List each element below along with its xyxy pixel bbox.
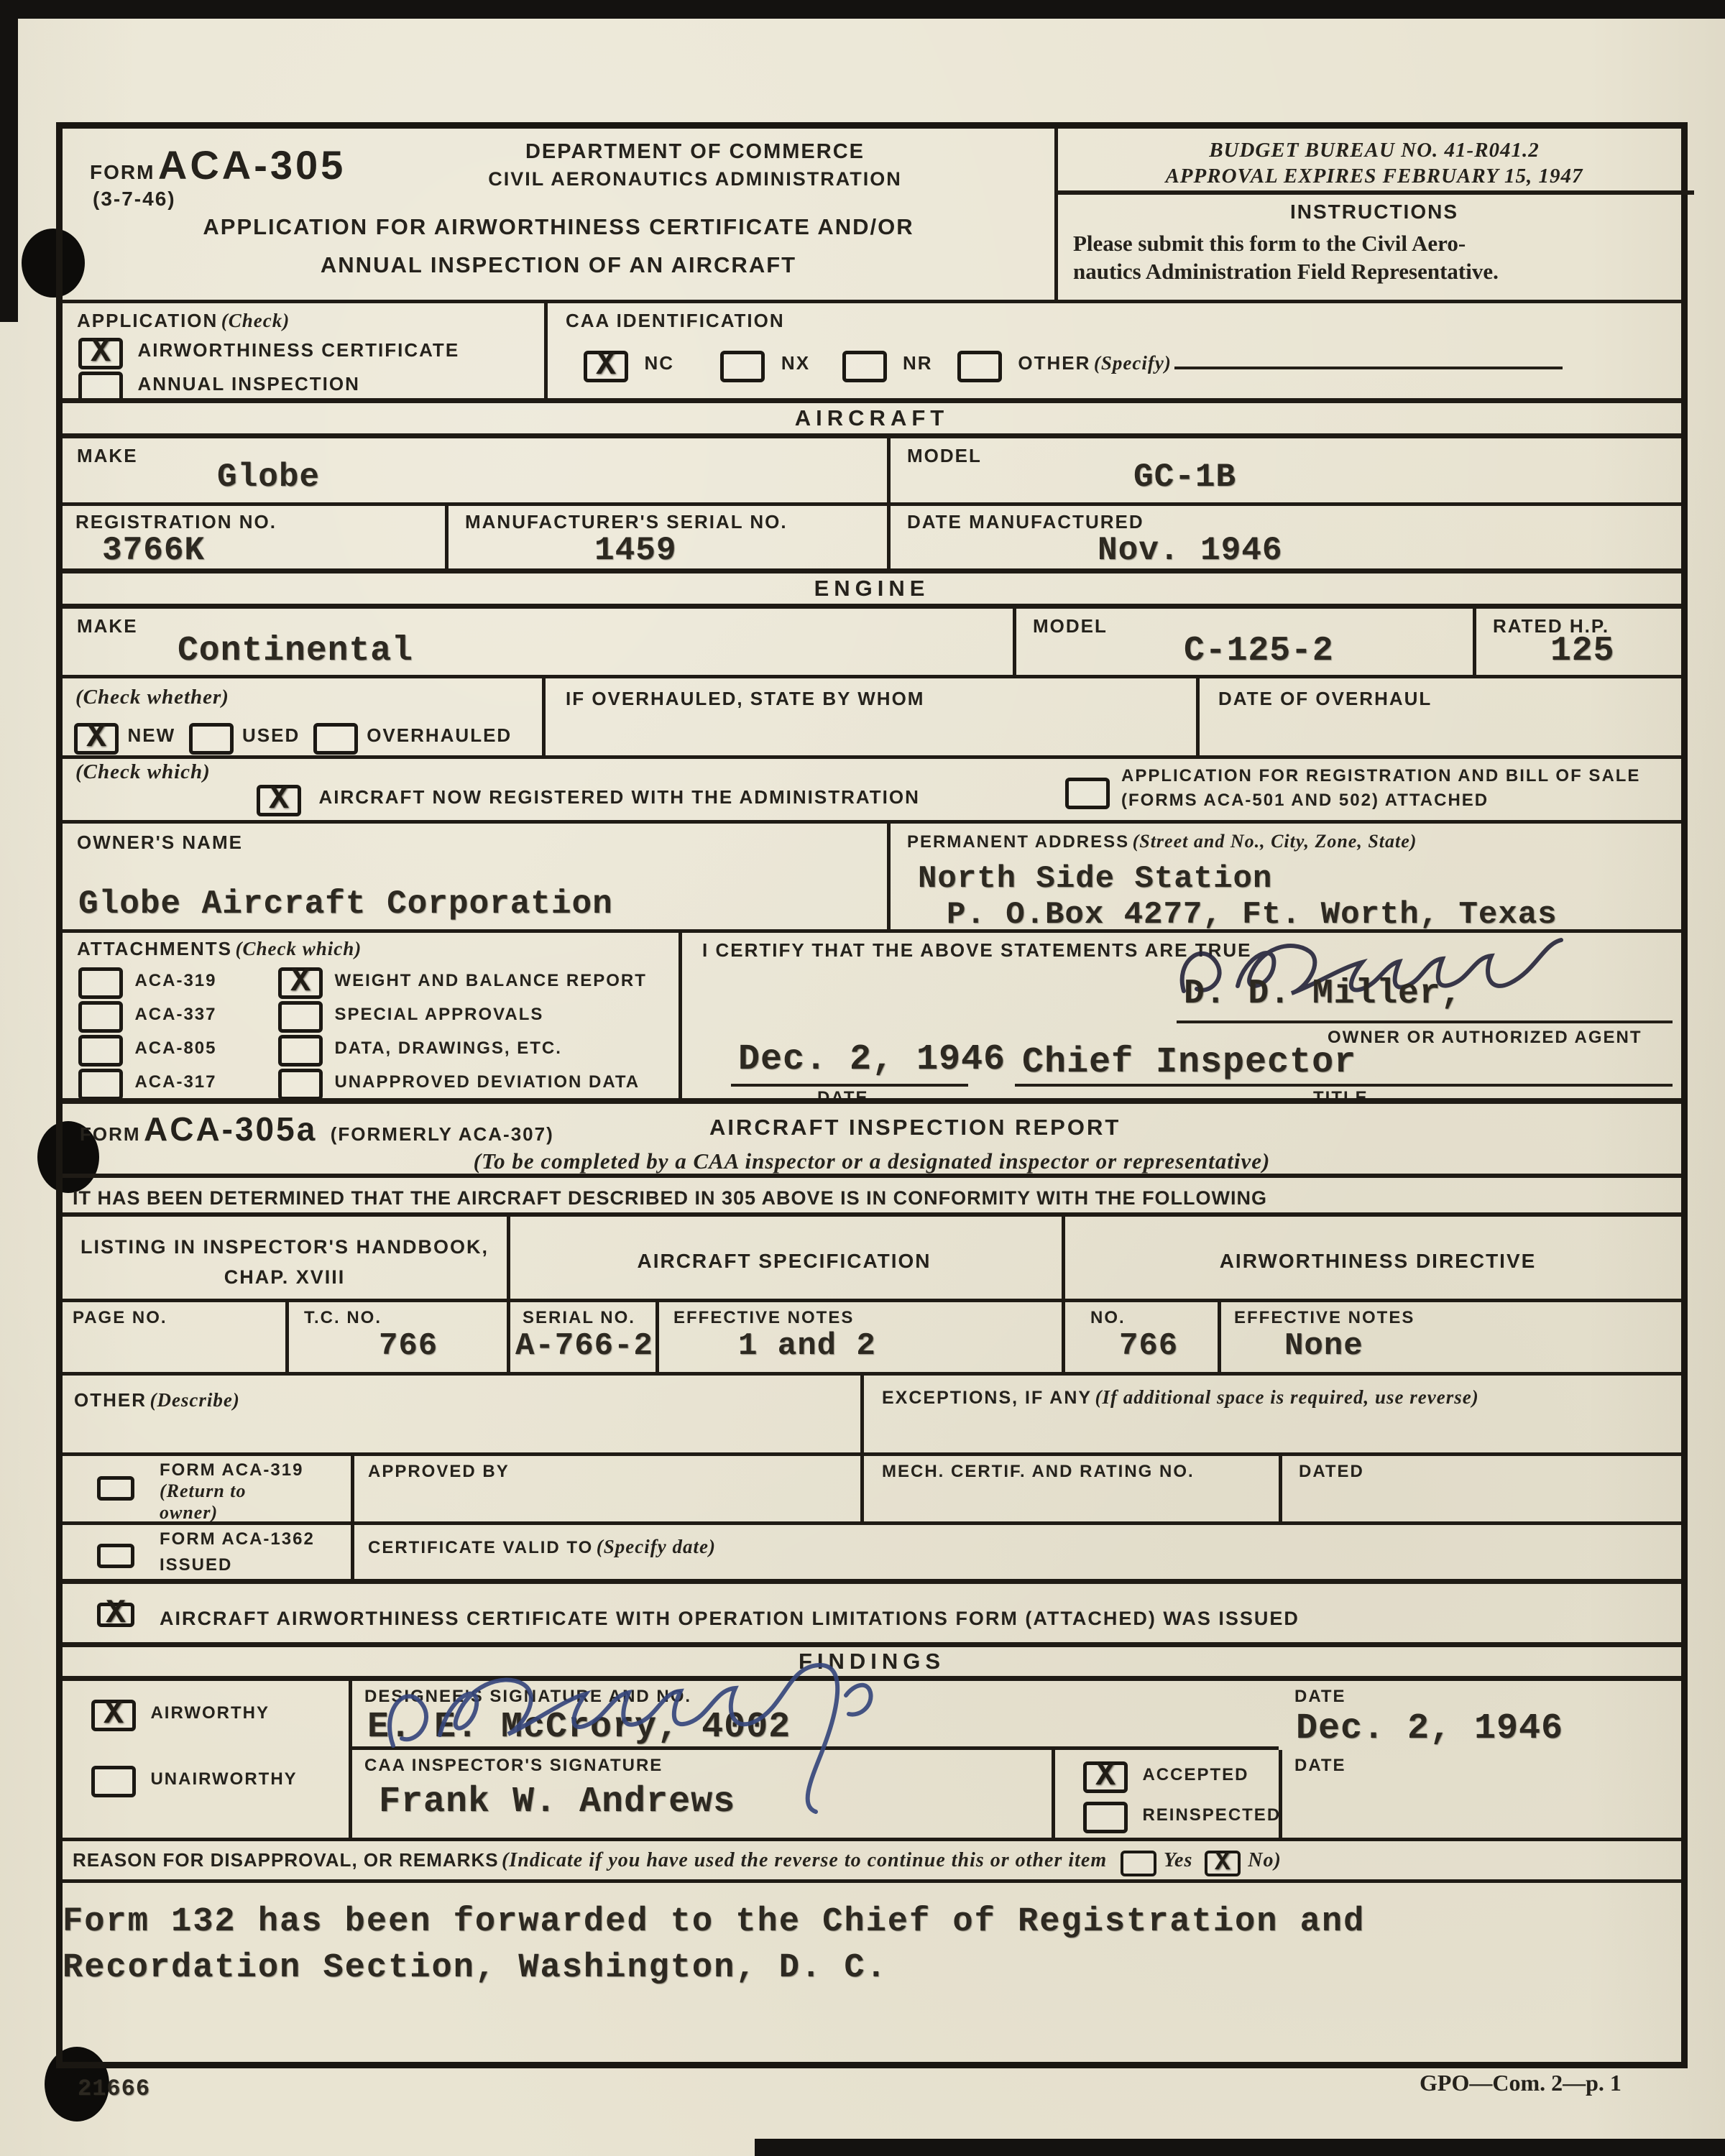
reason-no-checkbox[interactable] xyxy=(1205,1851,1241,1876)
budget-bureau-box: BUDGET BUREAU NO. 41-R041.2 APPROVAL EXP… xyxy=(1054,129,1694,195)
unairworthy-label: UNAIRWORTHY xyxy=(150,1769,297,1789)
listing-header-line1: LISTING IN INSPECTOR'S HANDBOOK, xyxy=(63,1235,507,1260)
special-approvals-label: SPECIAL APPROVALS xyxy=(334,1005,543,1024)
aca-319-checkbox[interactable] xyxy=(78,967,123,999)
airworthiness-certificate-label: AIRWORTHINESS CERTIFICATE xyxy=(137,339,459,361)
permanent-address-label-italic: (Street and No., City, Zone, State) xyxy=(1133,831,1417,852)
engine-model-label: MODEL xyxy=(1033,614,1108,638)
attachments-label-italic: (Check which) xyxy=(235,938,362,959)
annual-inspection-label: ANNUAL INSPECTION xyxy=(137,373,359,395)
report-form-label: FORM xyxy=(80,1123,141,1145)
weight-balance-checkbox[interactable] xyxy=(278,967,323,999)
nx-label: NX xyxy=(781,352,810,374)
dept-line1: DEPARTMENT OF COMMERCE xyxy=(436,139,954,165)
registration-no-label: REGISTRATION NO. xyxy=(75,510,277,534)
engine-overhauled-label: OVERHAULED xyxy=(367,724,512,746)
certification-title-value[interactable]: Chief Inspector xyxy=(1022,1042,1356,1083)
findings-date1-value[interactable]: Dec. 2, 1946 xyxy=(1296,1708,1563,1749)
aircraft-model-value[interactable]: GC-1B xyxy=(1133,459,1236,496)
page-no-label: PAGE NO. xyxy=(73,1308,167,1328)
form-header: FORM ACA-305 (3-7-46) DEPARTMENT OF COMM… xyxy=(63,129,1681,300)
aircraft-model-label: MODEL xyxy=(907,444,982,468)
data-drawings-checkbox[interactable] xyxy=(278,1035,323,1067)
effective-notes-label: EFFECTIVE NOTES xyxy=(673,1308,854,1328)
instructions-title: INSTRUCTIONS xyxy=(1054,199,1694,224)
aca319-row: FORM ACA-319 (Return to owner) APPROVED … xyxy=(63,1452,1681,1521)
plate-number: 21666 xyxy=(78,2076,150,2102)
engine-condition-row: (Check whether) NEW USED OVERHAULED IF O… xyxy=(63,675,1681,755)
engine-overhauled-checkbox[interactable] xyxy=(313,723,358,755)
tc-no-value[interactable]: 766 xyxy=(379,1328,438,1364)
registration-status-row: (Check which) AIRCRAFT NOW REGISTERED WI… xyxy=(63,755,1681,820)
directive-notes-value[interactable]: None xyxy=(1284,1328,1363,1364)
aca-805-label: ACA-805 xyxy=(134,1038,216,1058)
tc-no-label: T.C. NO. xyxy=(304,1308,382,1328)
findings-date1-label: DATE xyxy=(1294,1687,1346,1707)
dated-label: DATED xyxy=(1299,1462,1364,1482)
instructions-box: INSTRUCTIONS Please submit this form to … xyxy=(1054,199,1694,286)
aca-805-checkbox[interactable] xyxy=(78,1035,123,1067)
check-whether-label: (Check whether) xyxy=(75,686,229,709)
other-specify-field[interactable] xyxy=(1174,367,1563,369)
form-title-line2: ANNUAL INSPECTION OF AN AIRCRAFT xyxy=(106,252,1011,280)
special-approvals-checkbox[interactable] xyxy=(278,1001,323,1033)
budget-line1: BUDGET BUREAU NO. 41-R041.2 xyxy=(1054,139,1694,162)
certificate-valid-to-label: CERTIFICATE VALID TO xyxy=(368,1538,593,1557)
reinspected-checkbox[interactable] xyxy=(1083,1802,1128,1833)
effective-notes-value[interactable]: 1 and 2 xyxy=(738,1328,876,1364)
owner-signature-typed[interactable]: D. D. Miller, xyxy=(1184,975,1462,1013)
data-drawings-label: DATA, DRAWINGS, ETC. xyxy=(334,1038,561,1058)
spec-values-row: PAGE NO. T.C. NO. 766 SERIAL NO. A-766-2… xyxy=(63,1299,1681,1372)
certification-date-value[interactable]: Dec. 2, 1946 xyxy=(738,1039,1006,1080)
spec-serial-no-value[interactable]: A-766-2 xyxy=(515,1328,653,1364)
remarks-line1[interactable]: Form 132 has been forwarded to the Chief… xyxy=(63,1903,1365,1941)
form-label: FORM xyxy=(90,161,155,183)
reason-yes-label: Yes xyxy=(1164,1849,1192,1871)
engine-new-label: NEW xyxy=(127,724,175,746)
overhauled-by-whom-label: IF OVERHAULED, STATE BY WHOM xyxy=(566,687,924,711)
application-attached-checkbox[interactable] xyxy=(1065,778,1110,809)
airworthy-label: AIRWORTHY xyxy=(150,1703,270,1723)
attachments-label: ATTACHMENTS xyxy=(77,938,232,959)
engine-make-label: MAKE xyxy=(77,614,138,638)
caa-identification-label: CAA IDENTIFICATION xyxy=(566,309,785,333)
approved-by-label: APPROVED BY xyxy=(368,1462,510,1482)
other-describe-italic: (Describe) xyxy=(149,1389,239,1411)
date-of-overhaul-label: DATE OF OVERHAUL xyxy=(1218,687,1432,711)
scan-edge-bottom xyxy=(755,2139,1725,2156)
aca-337-checkbox[interactable] xyxy=(78,1001,123,1033)
owner-signature-rule xyxy=(1177,1021,1673,1023)
application-label-check: (Check) xyxy=(221,310,290,331)
exceptions-label: EXCEPTIONS, IF ANY xyxy=(882,1388,1092,1408)
nr-label: NR xyxy=(903,352,933,374)
unapproved-deviation-label: UNAPPROVED DEVIATION DATA xyxy=(334,1072,640,1092)
spec-header-row: LISTING IN INSPECTOR'S HANDBOOK, CHAP. X… xyxy=(63,1212,1681,1299)
date-manufactured-value[interactable]: Nov. 1946 xyxy=(1098,532,1282,569)
application-row: APPLICATION (Check) AIRWORTHINESS CERTIF… xyxy=(63,300,1681,398)
nx-checkbox[interactable] xyxy=(720,351,765,382)
listing-header-line2: CHAP. XVIII xyxy=(63,1266,507,1290)
form-aca1362-checkbox[interactable] xyxy=(97,1544,134,1568)
serial-no-value[interactable]: 1459 xyxy=(594,532,676,569)
directive-notes-label: EFFECTIVE NOTES xyxy=(1234,1308,1414,1328)
unapproved-deviation-checkbox[interactable] xyxy=(278,1069,323,1100)
engine-model-value[interactable]: C-125-2 xyxy=(1184,632,1334,671)
determination-text: IT HAS BEEN DETERMINED THAT THE AIRCRAFT… xyxy=(73,1187,1267,1211)
budget-line2: APPROVAL EXPIRES FEBRUARY 15, 1947 xyxy=(1054,165,1694,188)
determination-row: IT HAS BEEN DETERMINED THAT THE AIRCRAFT… xyxy=(63,1174,1681,1212)
reason-yes-checkbox[interactable] xyxy=(1121,1851,1156,1876)
findings-date1-cell: DATE Dec. 2, 1946 xyxy=(1279,1681,1694,1750)
form-aca319-checkbox[interactable] xyxy=(97,1476,134,1501)
report-formerly: (FORMERLY ACA-307) xyxy=(331,1123,554,1145)
certificate-issued-checkbox[interactable] xyxy=(97,1603,134,1627)
engine-used-label: USED xyxy=(242,724,300,746)
remarks-area: Form 132 has been forwarded to the Chief… xyxy=(63,1879,1681,2075)
application-label: APPLICATION xyxy=(77,310,218,331)
airworthiness-directive-header: AIRWORTHINESS DIRECTIVE xyxy=(1062,1248,1694,1273)
other-exceptions-row: OTHER (Describe) EXCEPTIONS, IF ANY (If … xyxy=(63,1372,1681,1452)
date-manufactured-label: DATE MANUFACTURED xyxy=(907,510,1144,534)
findings-date2-label: DATE xyxy=(1294,1756,1346,1776)
form-aca-305: FORM ACA-305 (3-7-46) DEPARTMENT OF COMM… xyxy=(56,122,1688,2068)
gpo-imprint: GPO—Com. 2—p. 1 xyxy=(1420,2070,1621,2096)
registered-checkbox[interactable] xyxy=(257,785,301,816)
aca-337-label: ACA-337 xyxy=(134,1005,216,1024)
aircraft-make-label: MAKE xyxy=(77,444,138,468)
other-label: OTHER xyxy=(1018,352,1090,374)
report-title: AIRCRAFT INSPECTION REPORT xyxy=(709,1114,1121,1142)
remarks-line2[interactable]: Recordation Section, Washington, D. C. xyxy=(63,1949,888,1987)
application-attached-line2: (FORMS ACA-501 AND 502) ATTACHED xyxy=(1121,791,1640,811)
inspection-report-header: FORM ACA-305a (FORMERLY ACA-307) AIRCRAF… xyxy=(63,1098,1681,1174)
reason-no-label: No) xyxy=(1248,1849,1282,1871)
reason-row: REASON FOR DISAPPROVAL, OR REMARKS (Indi… xyxy=(63,1838,1681,1879)
aircraft-specification-header: AIRCRAFT SPECIFICATION xyxy=(507,1248,1062,1273)
aca-317-checkbox[interactable] xyxy=(78,1069,123,1100)
exceptions-italic: (If additional space is required, use re… xyxy=(1095,1386,1479,1408)
form-title-line1: APPLICATION FOR AIRWORTHINESS CERTIFICAT… xyxy=(106,213,1011,241)
aca1362-row: FORM ACA-1362 ISSUED CERTIFICATE VALID T… xyxy=(63,1521,1681,1579)
engine-make-model-row: MAKE Continental MODEL C-125-2 RATED H.P… xyxy=(63,609,1681,675)
nr-checkbox[interactable] xyxy=(842,351,887,382)
permanent-address-label: PERMANENT ADDRESS xyxy=(907,832,1129,852)
engine-make-value[interactable]: Continental xyxy=(178,632,413,671)
certificate-issued-label: AIRCRAFT AIRWORTHINESS CERTIFICATE WITH … xyxy=(160,1607,1299,1631)
form-aca319-label: FORM ACA-319 xyxy=(160,1460,303,1480)
form-aca1362-issued-label: ISSUED xyxy=(160,1555,315,1575)
mech-certif-label: MECH. CERTIF. AND RATING NO. xyxy=(882,1462,1195,1482)
report-subtitle: (To be completed by a CAA inspector or a… xyxy=(63,1148,1681,1174)
weight-balance-label: WEIGHT AND BALANCE REPORT xyxy=(334,971,646,990)
permanent-address-line1[interactable]: North Side Station xyxy=(918,861,1272,897)
airworthiness-certificate-checkbox[interactable] xyxy=(78,338,123,369)
aca-319-label: ACA-319 xyxy=(134,971,216,990)
unairworthy-checkbox[interactable] xyxy=(91,1766,136,1797)
aircraft-registration-row: REGISTRATION NO. 3766K MANUFACTURER'S SE… xyxy=(63,502,1681,568)
reason-label-italic: (Indicate if you have used the reverse t… xyxy=(502,1849,1107,1871)
form-aca319-return2: owner) xyxy=(160,1502,303,1524)
reason-label: REASON FOR DISAPPROVAL, OR REMARKS xyxy=(73,1849,499,1871)
nc-checkbox[interactable] xyxy=(584,351,628,382)
directive-no-value[interactable]: 766 xyxy=(1119,1328,1178,1364)
serial-no-label: MANUFACTURER'S SERIAL NO. xyxy=(465,510,788,534)
directive-no-label: NO. xyxy=(1090,1308,1126,1328)
other-describe-label: OTHER xyxy=(74,1389,147,1411)
nc-label: NC xyxy=(644,352,674,374)
instructions-line1: Please submit this form to the Civil Aer… xyxy=(1073,230,1675,258)
form-aca319-return1: (Return to xyxy=(160,1480,303,1502)
owners-name-value[interactable]: Globe Aircraft Corporation xyxy=(78,885,613,923)
engine-section-title: ENGINE xyxy=(63,568,1681,609)
findings-block: AIRWORTHY UNAIRWORTHY DESIGNEE'S SIGNATU… xyxy=(63,1681,1681,1838)
engine-new-checkbox[interactable] xyxy=(74,723,119,755)
certification-date-rule xyxy=(731,1084,968,1087)
accepted-checkbox[interactable] xyxy=(1083,1761,1128,1793)
aircraft-make-model-row: MAKE Globe MODEL GC-1B xyxy=(63,438,1681,502)
designee-signature-script xyxy=(372,1652,918,1818)
instructions-line2: nautics Administration Field Representat… xyxy=(1073,258,1675,286)
form-number: ACA-305 xyxy=(158,142,346,188)
application-attached-line1: APPLICATION FOR REGISTRATION AND BILL OF… xyxy=(1121,766,1640,786)
engine-used-checkbox[interactable] xyxy=(189,723,234,755)
dept-line2: CIVIL AERONAUTICS ADMINISTRATION xyxy=(436,167,954,192)
aircraft-section-title: AIRCRAFT xyxy=(63,398,1681,438)
registration-no-value[interactable]: 3766K xyxy=(102,532,205,569)
form-aca1362-label: FORM ACA-1362 xyxy=(160,1529,315,1549)
other-specify-label: (Specify) xyxy=(1094,352,1172,374)
certificate-issued-row: AIRCRAFT AIRWORTHINESS CERTIFICATE WITH … xyxy=(63,1579,1681,1642)
check-which-label: (Check which) xyxy=(75,760,211,784)
owner-row: OWNER'S NAME Globe Aircraft Corporation … xyxy=(63,820,1681,929)
attachments-certification-row: ATTACHMENTS (Check which) ACA-319 ACA-33… xyxy=(63,929,1681,1098)
rated-hp-value[interactable]: 125 xyxy=(1550,632,1614,671)
accepted-label: ACCEPTED xyxy=(1142,1765,1248,1784)
aircraft-make-value[interactable]: Globe xyxy=(217,459,320,496)
certification-title-rule xyxy=(1015,1084,1673,1087)
report-form-number: ACA-305a xyxy=(144,1110,317,1148)
registered-label: AIRCRAFT NOW REGISTERED WITH THE ADMINIS… xyxy=(318,786,919,808)
owner-agent-label: OWNER OR AUTHORIZED AGENT xyxy=(1328,1028,1642,1048)
form-date: (3-7-46) xyxy=(93,186,176,211)
airworthy-checkbox[interactable] xyxy=(91,1700,136,1731)
other-checkbox[interactable] xyxy=(957,351,1002,382)
spec-serial-no-label: SERIAL NO. xyxy=(523,1308,635,1328)
owners-name-label: OWNER'S NAME xyxy=(77,831,243,854)
scan-edge-left xyxy=(0,0,18,322)
aca-317-label: ACA-317 xyxy=(134,1072,216,1092)
reinspected-label: REINSPECTED xyxy=(1142,1805,1281,1825)
scan-edge-top xyxy=(0,0,1725,19)
certificate-valid-to-italic: (Specify date) xyxy=(597,1536,716,1557)
